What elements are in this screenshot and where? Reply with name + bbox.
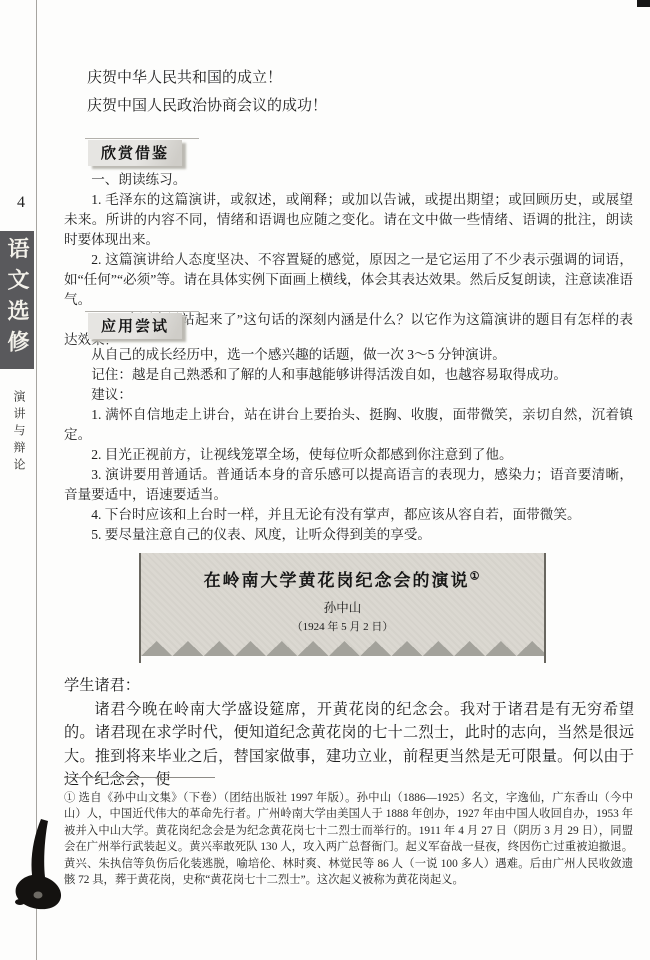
speech-title-text: 在岭南大学黄花岗纪念会的演说 — [204, 571, 470, 590]
slogan-line: 庆贺中华人民共和国的成立！ — [64, 64, 634, 92]
speech-body: 学生诸君： 诸君今晚在岭南大学盛设筵席，开黄花岗的纪念会。我对于诸君是有无穷希望… — [64, 674, 634, 792]
speech-title: 在岭南大学黄花岗纪念会的演说① — [141, 566, 544, 591]
exercise-paragraph: 1. 满怀自信地走上讲台，站在讲台上要抬头、挺胸、收腹，面带微笑，亲切自然，沉着… — [64, 405, 633, 445]
footnote-text: ① 选自《孙中山文集》（下卷）（团结出版社 1997 年版）。孙中山（1886—… — [64, 790, 633, 888]
textbook-page: { "page": { "number": "4" }, "sidebar": … — [0, 0, 650, 960]
footnote-reference-mark: ① — [470, 570, 482, 582]
exercise-paragraph: 5. 要尽量注意自己的仪表、风度，让听众得到美的享受。 — [64, 525, 633, 545]
speech-title-box: 在岭南大学黄花岗纪念会的演说① 孙中山 （1924 年 5 月 2 日） — [139, 553, 546, 663]
zigzag-border-decoration — [141, 641, 544, 656]
exercise-block-application: 从自己的成长经历中，选一个感兴趣的话题，做一次 3～5 分钟演讲。 记住：越是自… — [64, 345, 633, 545]
exercise-paragraph: 1. 毛泽东的这篇演讲，或叙述，或阐释；或加以告诫，或提出期望；或回顾历史，或展… — [64, 190, 633, 250]
section-tab-topline — [85, 311, 199, 312]
section-header-appreciation: 欣赏借鉴 — [88, 140, 182, 166]
speech-author: 孙中山 — [141, 598, 544, 616]
exercise-paragraph: 2. 目光正视前方，让视线笼罩全场，使每位听众都感到你注意到了他。 — [64, 445, 633, 465]
book-title-calligraphy: 语文选修 — [2, 230, 33, 361]
opening-slogans: 庆贺中华人民共和国的成立！ 庆贺中国人民政治协商会议的成功！ — [64, 64, 634, 120]
speech-title-box-inner: 在岭南大学黄花岗纪念会的演说① 孙中山 （1924 年 5 月 2 日） — [141, 553, 544, 656]
sidebar-divider-rule — [36, 0, 37, 960]
exercise-paragraph: 3. 演讲要用普通话。普通话本身的音乐感可以提高语言的表现力，感染力；语音要清晰… — [64, 465, 633, 505]
footnote-divider — [64, 777, 215, 778]
series-title-vertical: 演讲与辩论 — [11, 390, 28, 475]
speech-date: （1924 年 5 月 2 日） — [141, 618, 544, 634]
exercise-paragraph: 记住：越是自己熟悉和了解的人和事越能够讲得活泼自如，也越容易取得成功。 — [64, 365, 633, 385]
exercise-paragraph: 从自己的成长经历中，选一个感兴趣的话题，做一次 3～5 分钟演讲。 — [64, 345, 633, 365]
exercise-paragraph: 建议： — [64, 385, 633, 405]
ink-brush-decoration — [8, 818, 66, 928]
exercise-paragraph: 一、朗读练习。 — [64, 170, 633, 190]
slogan-line: 庆贺中国人民政治协商会议的成功！ — [64, 92, 634, 120]
exercise-paragraph: 4. 下台时应该和上台时一样，并且无论有没有掌声，都应该从容自若，面带微笑。 — [64, 505, 633, 525]
page-number: 4 — [8, 194, 34, 212]
book-title-block: 语文选修 — [0, 231, 34, 369]
section-header-application: 应用尝试 — [88, 313, 182, 339]
section-tab-topline — [85, 138, 199, 139]
section-header-label: 欣赏借鉴 — [88, 140, 182, 166]
speech-salutation: 学生诸君： — [64, 674, 634, 698]
corner-print-mark — [637, 0, 650, 7]
section-header-label: 应用尝试 — [88, 313, 182, 339]
exercise-paragraph: 2. 这篇演讲给人态度坚决、不容置疑的感觉，原因之一是它运用了不少表示强调的词语… — [64, 250, 633, 310]
